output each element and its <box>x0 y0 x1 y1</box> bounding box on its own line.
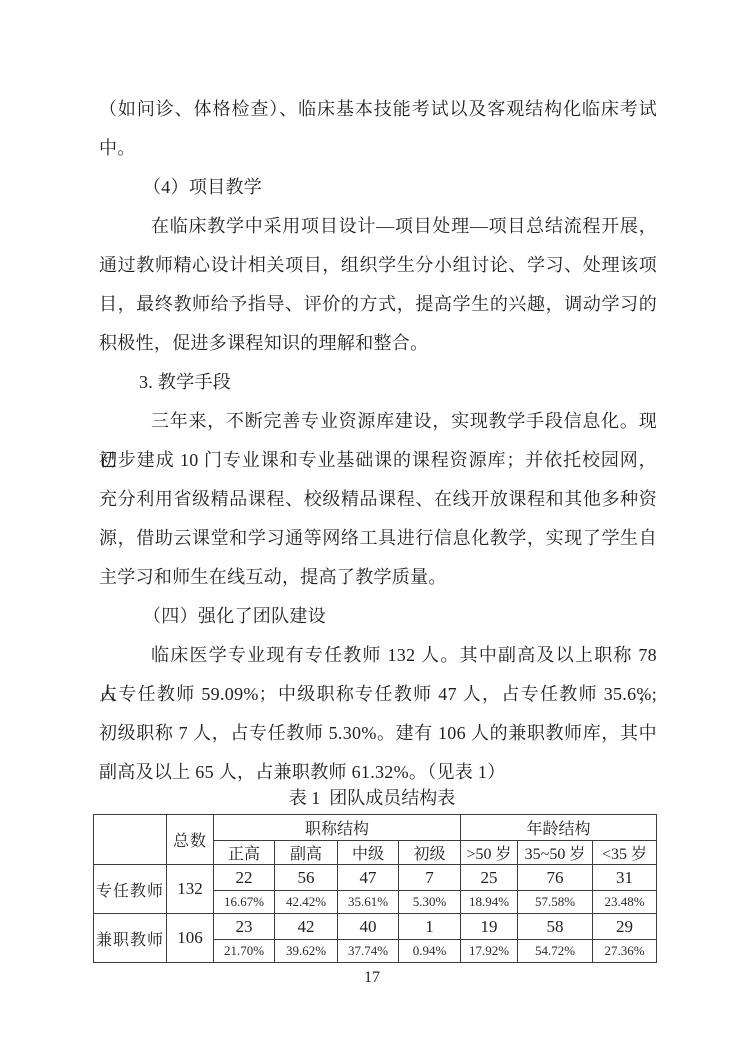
header-group-age-structure: 年龄结构 <box>461 815 657 841</box>
text-line: 目，最终教师给予指导、评价的方式，提高学生的兴趣，调动学习的 <box>99 285 657 324</box>
corner-cell <box>94 815 167 865</box>
count-cell: 40 <box>338 914 399 940</box>
text-line: 三年来，不断完善专业资源库建设，实现教学手段信息化。现已 <box>99 402 657 441</box>
header-cell: 副高 <box>275 841 338 865</box>
header-cell: 中级 <box>338 841 399 865</box>
percent-cell: 21.70% <box>214 940 275 963</box>
header-cell: 正高 <box>214 841 275 865</box>
text-line: 中。 <box>99 129 657 168</box>
percent-cell: 0.94% <box>399 940 461 963</box>
percent-cell: 17.92% <box>461 940 518 963</box>
header-total: 总数 <box>167 815 214 865</box>
text-line: 充分利用省级精品课程、校级精品课程、在线开放课程和其他多种资 <box>99 480 657 519</box>
percent-cell: 27.36% <box>593 940 657 963</box>
text-line: 在临床教学中采用项目设计—项目处理—项目总结流程开展， <box>99 207 657 246</box>
row-label: 专任教师 <box>94 865 167 914</box>
count-cell: 23 <box>214 914 275 940</box>
heading-line: （4）项目教学 <box>99 168 657 207</box>
table-title: 表 1 团队成员结构表 <box>0 785 744 811</box>
percent-cell: 5.30% <box>399 891 461 914</box>
count-cell: 58 <box>518 914 593 940</box>
header-group-title-structure: 职称结构 <box>214 815 461 841</box>
team-structure-table: 总数 职称结构 年龄结构 正高 副高 中级 初级 >50 岁 35~50 岁 <… <box>93 814 657 963</box>
total-cell: 132 <box>167 865 214 914</box>
percent-cell: 35.61% <box>338 891 399 914</box>
text-line: 占专任教师 59.09%；中级职称专任教师 47 人，占专任教师 35.6%; <box>99 675 657 714</box>
text-line: 通过教师精心设计相关项目，组织学生分小组讨论、学习、处理该项 <box>99 246 657 285</box>
document-page: （如问诊、体格检查）、临床基本技能考试以及客观结构化临床考试 中。 （4）项目教… <box>0 0 744 1052</box>
percent-cell: 57.58% <box>518 891 593 914</box>
header-cell: 初级 <box>399 841 461 865</box>
count-cell: 31 <box>593 865 657 891</box>
text-line: 主学习和师生在线互动，提高了教学质量。 <box>99 558 657 597</box>
percent-cell: 42.42% <box>275 891 338 914</box>
header-cell: 35~50 岁 <box>518 841 593 865</box>
percent-cell: 18.94% <box>461 891 518 914</box>
count-cell: 76 <box>518 865 593 891</box>
body-text: （如问诊、体格检查）、临床基本技能考试以及客观结构化临床考试 中。 （4）项目教… <box>99 90 657 792</box>
count-cell: 47 <box>338 865 399 891</box>
text-line: 临床医学专业现有专任教师 132 人。其中副高及以上职称 78 人， <box>99 636 657 675</box>
percent-cell: 39.62% <box>275 940 338 963</box>
text-line: 初步建成 10 门专业课和专业基础课的课程资源库；并依托校园网， <box>99 441 657 480</box>
heading-line: （四）强化了团队建设 <box>99 597 657 636</box>
header-cell: >50 岁 <box>461 841 518 865</box>
percent-cell: 23.48% <box>593 891 657 914</box>
total-cell: 106 <box>167 914 214 963</box>
text-line: 初级职称 7 人，占专任教师 5.30%。建有 106 人的兼职教师库，其中 <box>99 714 657 753</box>
percent-cell: 37.74% <box>338 940 399 963</box>
count-cell: 42 <box>275 914 338 940</box>
count-cell: 25 <box>461 865 518 891</box>
count-cell: 1 <box>399 914 461 940</box>
count-cell: 56 <box>275 865 338 891</box>
count-cell: 22 <box>214 865 275 891</box>
text-line: 积极性，促进多课程知识的理解和整合。 <box>99 324 657 363</box>
page-number: 17 <box>0 966 744 990</box>
text-line: （如问诊、体格检查）、临床基本技能考试以及客观结构化临床考试 <box>99 90 657 129</box>
percent-cell: 16.67% <box>214 891 275 914</box>
text-line: 源，借助云课堂和学习通等网络工具进行信息化教学，实现了学生自 <box>99 519 657 558</box>
percent-cell: 54.72% <box>518 940 593 963</box>
row-label: 兼职教师 <box>94 914 167 963</box>
header-cell: <35 岁 <box>593 841 657 865</box>
count-cell: 29 <box>593 914 657 940</box>
count-cell: 19 <box>461 914 518 940</box>
heading-line: 3. 教学手段 <box>99 363 657 402</box>
count-cell: 7 <box>399 865 461 891</box>
